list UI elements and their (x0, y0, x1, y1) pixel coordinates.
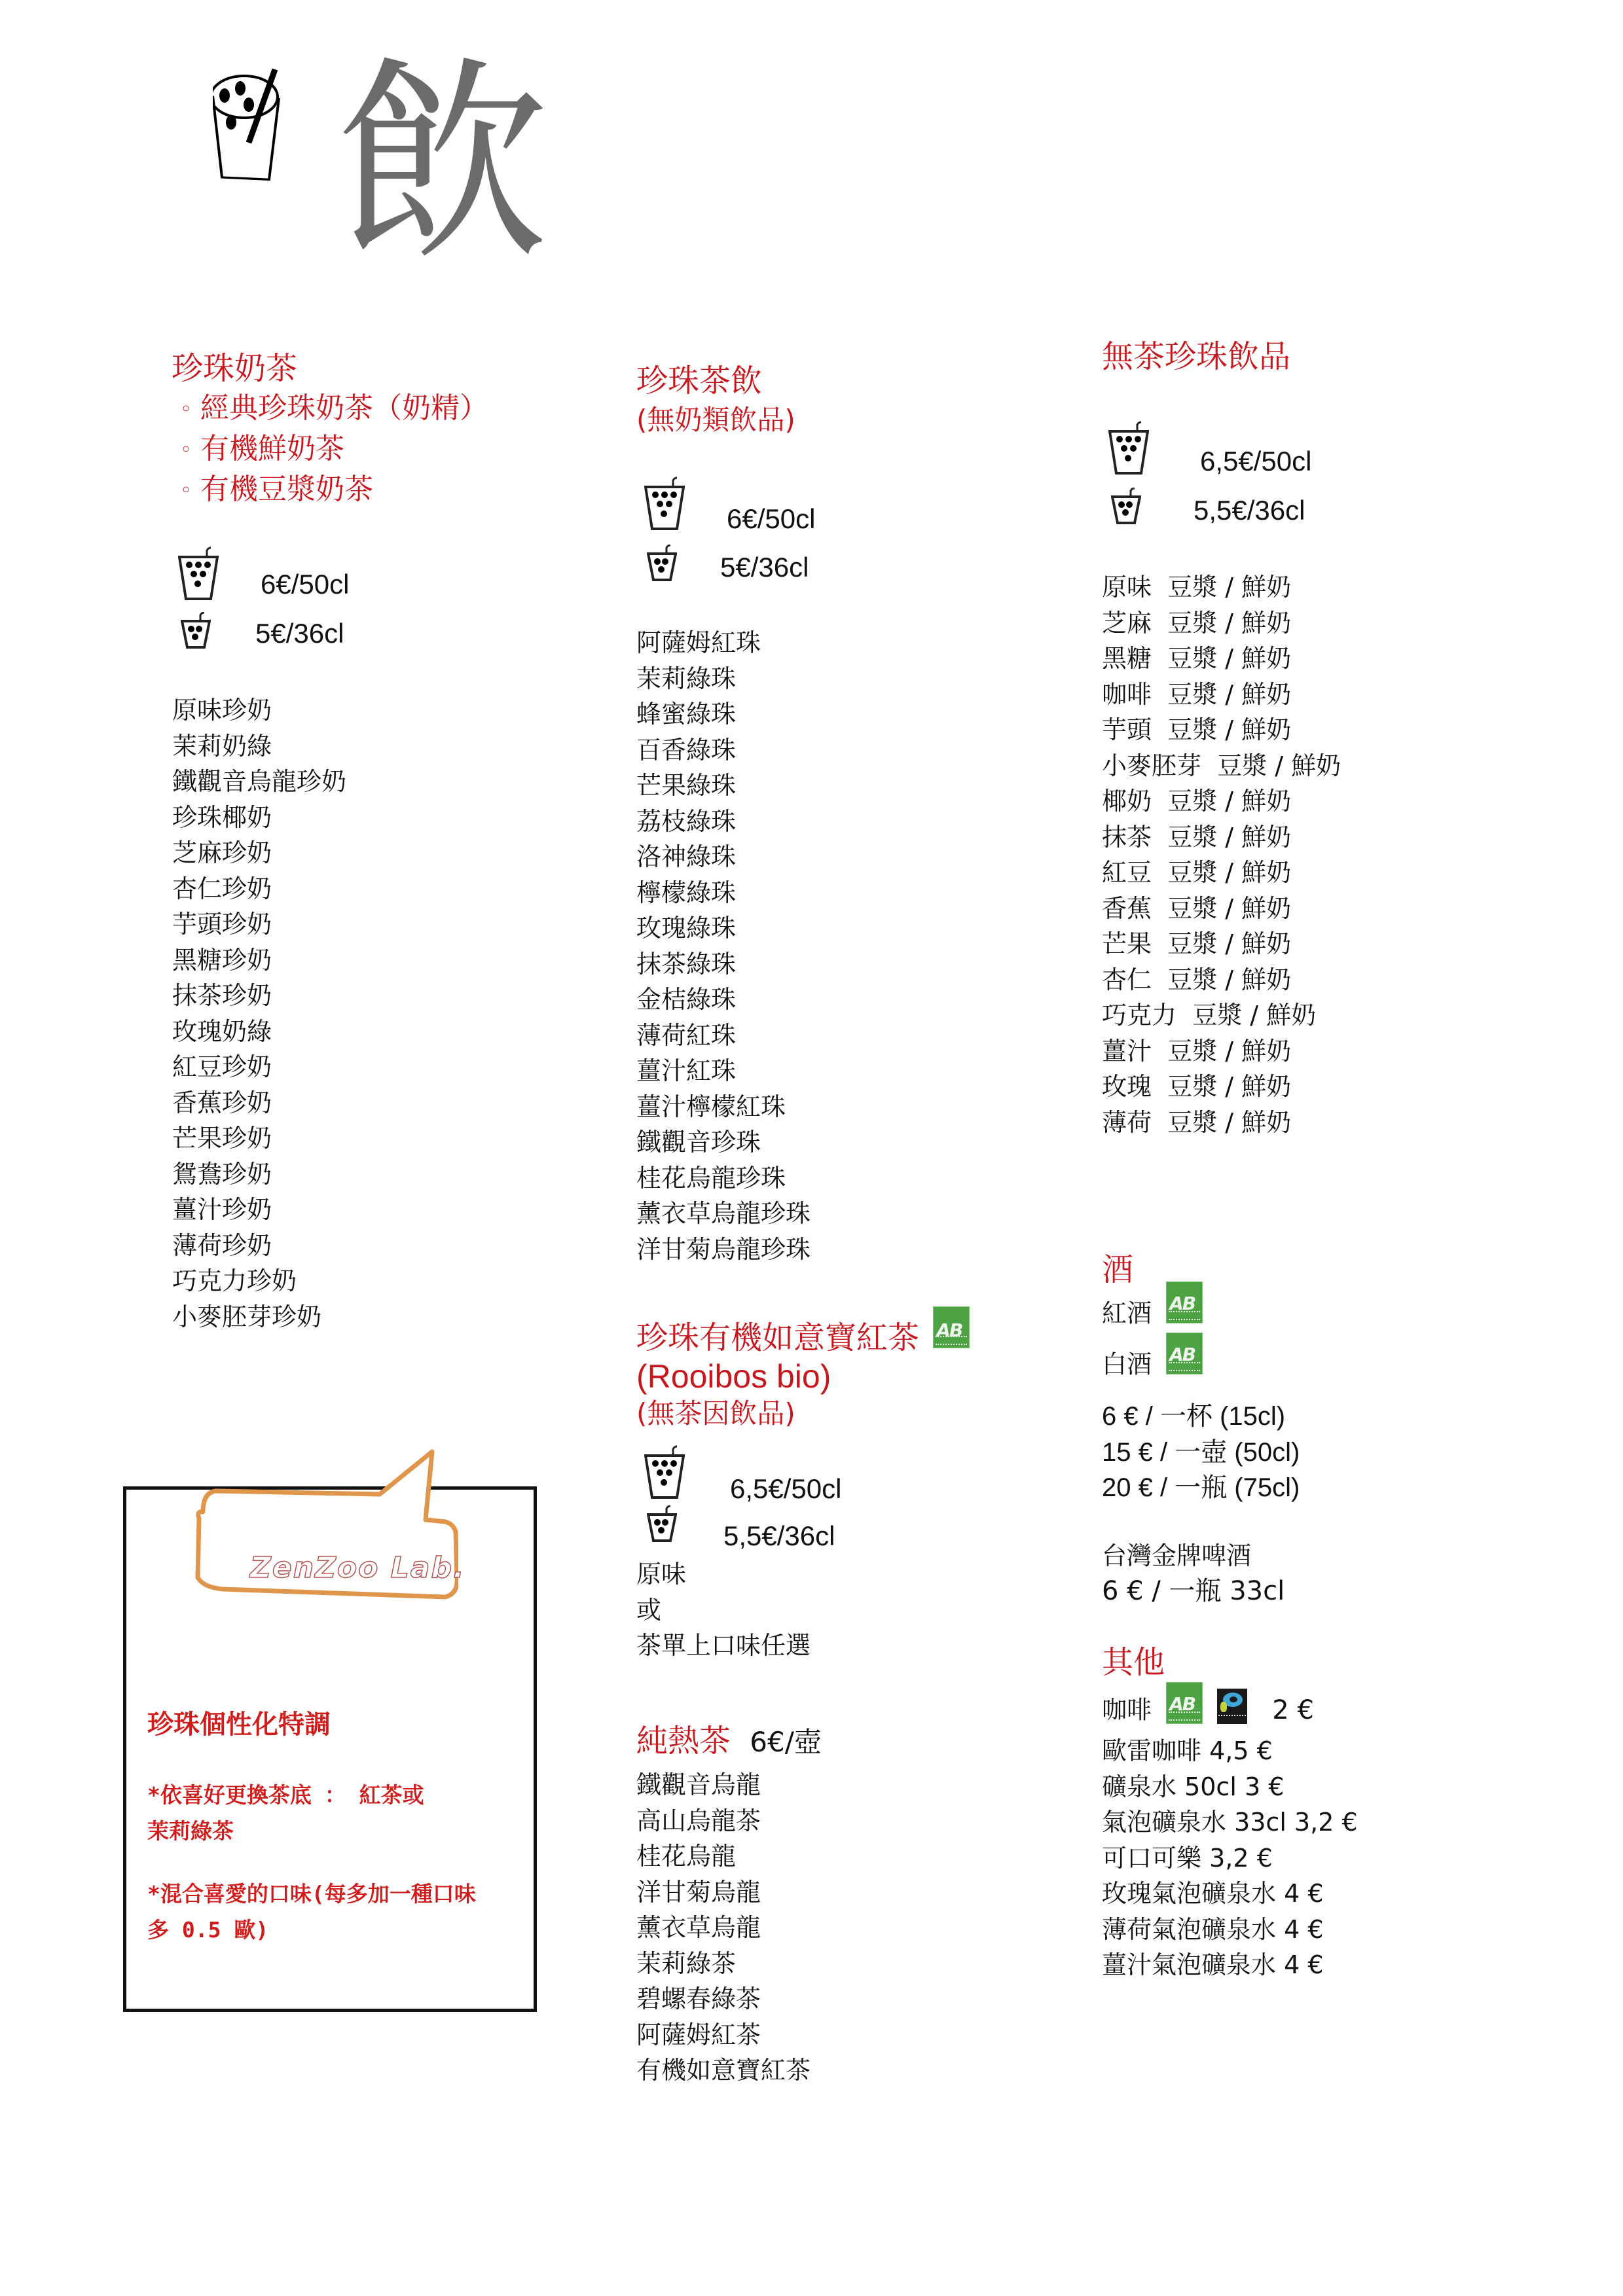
milk-tea-list: 原味珍奶 茉莉奶綠 鐵觀音烏龍珍奶 珍珠椰奶 芝麻珍奶 杏仁珍奶 芋頭珍奶 黑糖… (172, 692, 346, 1335)
list-item: 香蕉 豆漿 / 鮮奶 (1102, 891, 1341, 927)
list-item: 椰奶 豆漿 / 鮮奶 (1102, 783, 1341, 819)
list-item: 原味 (636, 1556, 811, 1592)
list-item: 紅豆珍奶 (172, 1049, 346, 1085)
price-large: 6€/50cl (261, 568, 349, 601)
list-item: 薰衣草烏龍 (636, 1910, 811, 1946)
list-item: 咖啡 豆漿 / 鮮奶 (1102, 677, 1341, 713)
list-item: 黑糖珍奶 (172, 942, 346, 978)
base-option: ◦有機豆漿奶茶 (172, 470, 488, 511)
list-item: 芒果 豆漿 / 鮮奶 (1102, 926, 1341, 962)
list-item: 原味 豆漿 / 鮮奶 (1102, 569, 1341, 605)
tea-list: 阿薩姆紅珠 茉莉綠珠 蜂蜜綠珠 百香綠珠 芒果綠珠 荔枝綠珠 洛神綠珠 檸檬綠珠… (636, 625, 811, 1267)
logo-cup (213, 65, 298, 186)
list-item: 杏仁 豆漿 / 鮮奶 (1102, 962, 1341, 998)
large-cup-icon (644, 1445, 685, 1499)
price-small: 5€/36cl (255, 617, 344, 650)
list-item: 桂花烏龍珍珠 (636, 1160, 811, 1196)
list-item: 抹茶 豆漿 / 鮮奶 (1102, 819, 1341, 855)
list-item: 茉莉奶綠 (172, 728, 346, 764)
list-item: 芒果綠珠 (636, 768, 811, 804)
list-item: 桂花烏龍 (636, 1839, 811, 1874)
list-item: 薰衣草烏龍珍珠 (636, 1196, 811, 1232)
section-title-tea: 珍珠茶飲 (636, 361, 762, 401)
red-wine: 紅酒 AB (1102, 1289, 1203, 1331)
base-option: ◦經典珍珠奶茶（奶精） (172, 389, 488, 429)
price-small: 5€/36cl (720, 551, 809, 584)
list-item: 檸檬綠珠 (636, 875, 811, 911)
white-wine: 白酒 AB (1102, 1340, 1203, 1382)
list-item: 蜂蜜綠珠 (636, 696, 811, 732)
list-item: 百香綠珠 (636, 732, 811, 768)
list-item: 薄荷珍奶 (172, 1228, 346, 1264)
coffee-price: 2 € (1272, 1695, 1314, 1725)
list-item: 黑糖 豆漿 / 鮮奶 (1102, 641, 1341, 677)
list-item: 芝麻珍奶 (172, 835, 346, 871)
list-item: 薄荷 豆漿 / 鮮奶 (1102, 1105, 1341, 1141)
small-cup-icon (181, 612, 211, 649)
hot-tea-list: 鐵觀音烏龍 高山烏龍茶 桂花烏龍 洋甘菊烏龍 薰衣草烏龍 茉莉綠茶 碧螺春綠茶 … (636, 1767, 811, 2089)
list-item: 阿薩姆紅珠 (636, 625, 811, 661)
price-large: 6€/50cl (727, 503, 815, 535)
small-cup-icon (647, 1505, 677, 1542)
list-item: 香蕉珍奶 (172, 1085, 346, 1121)
list-item: 巧克力 豆漿 / 鮮奶 (1102, 997, 1341, 1033)
wine-price: 6 € / 一杯 (15cl) (1102, 1399, 1300, 1435)
list-item: 芋頭珍奶 (172, 906, 346, 942)
list-item: 有機如意寶紅茶 (636, 2053, 811, 2089)
list-item: 薑汁 豆漿 / 鮮奶 (1102, 1033, 1341, 1069)
list-item: 鐵觀音烏龍珍奶 (172, 764, 346, 800)
list-item: 芒果珍奶 (172, 1121, 346, 1157)
list-item: 鐵觀音烏龍 (636, 1767, 811, 1803)
large-cup-icon (644, 476, 685, 530)
list-item: 小麥胚芽 豆漿 / 鮮奶 (1102, 748, 1341, 784)
list-item: 抹茶珍奶 (172, 978, 346, 1014)
list-item: 或 (636, 1592, 811, 1628)
list-item: 玫瑰綠珠 (636, 910, 811, 946)
list-item: 金桔綠珠 (636, 982, 811, 1018)
list-item: 原味珍奶 (172, 692, 346, 728)
list-item: 茉莉綠珠 (636, 661, 811, 697)
section-title-hot-tea: 純熱茶 6€/壺 (636, 1721, 822, 1762)
custom-title: 珍珠個性化特調 (147, 1708, 331, 1741)
list-item: 可口可樂 3,2 € (1102, 1840, 1358, 1876)
section-title-wine: 酒 (1102, 1250, 1133, 1289)
list-item: 茉莉綠茶 (636, 1946, 811, 1982)
list-item: 杏仁珍奶 (172, 871, 346, 907)
bubble-label: ZenZoo Lab. (250, 1551, 465, 1585)
list-item: 抹茶綠珠 (636, 946, 811, 982)
list-item: 薑汁珍奶 (172, 1192, 346, 1228)
other-list: 歐雷咖啡 4,5 € 礦泉水 50cl 3 € 氣泡礦泉水 33cl 3,2 €… (1102, 1733, 1358, 1983)
wine-price: 20 € / 一瓶 (75cl) (1102, 1470, 1300, 1506)
speech-bubble-icon (183, 1446, 458, 1630)
list-item: 洛神綠珠 (636, 839, 811, 875)
section-title-rooibos-en: (Rooibos bio) (636, 1356, 831, 1397)
custom-note-tea-base: *依喜好更換茶底 ： 紅茶或 茉莉綠茶 (147, 1777, 534, 1849)
list-item: 玫瑰氣泡礦泉水 4 € (1102, 1876, 1358, 1912)
price-small: 5,5€/36cl (1194, 494, 1305, 527)
small-cup-icon (1111, 488, 1141, 524)
milk-tea-bases: ◦經典珍珠奶茶（奶精） ◦有機鮮奶茶 ◦有機豆漿奶茶 (172, 389, 488, 511)
price-large: 6,5€/50cl (1200, 445, 1311, 478)
coffee-item: 咖啡 AB 2 € (1102, 1686, 1314, 1728)
list-item: 薑汁紅珠 (636, 1053, 811, 1089)
list-item: 洋甘菊烏龍珍珠 (636, 1232, 811, 1268)
price-large: 6,5€/50cl (730, 1473, 841, 1505)
section-title-rooibos: 珍珠有機如意寶紅茶 AB (636, 1316, 970, 1357)
list-item: 氣泡礦泉水 33cl 3,2 € (1102, 1804, 1358, 1840)
small-cup-icon (647, 545, 677, 581)
list-item: 鴛鴦珍奶 (172, 1157, 346, 1193)
list-item: 歐雷咖啡 4,5 € (1102, 1733, 1358, 1769)
organic-ab-icon: AB (1166, 1282, 1203, 1323)
list-item: 芝麻 豆漿 / 鮮奶 (1102, 605, 1341, 641)
list-item: 小麥胚芽珍奶 (172, 1299, 346, 1335)
section-subtitle-rooibos: (無茶因飲品) (636, 1395, 795, 1432)
list-item: 高山烏龍茶 (636, 1803, 811, 1839)
list-item: 珍珠椰奶 (172, 800, 346, 836)
list-item: 薄荷氣泡礦泉水 4 € (1102, 1912, 1358, 1948)
list-item: 荔枝綠珠 (636, 804, 811, 840)
organic-ab-icon: AB (1166, 1682, 1203, 1724)
list-item: 芋頭 豆漿 / 鮮奶 (1102, 712, 1341, 748)
list-item: 茶單上口味任選 (636, 1628, 811, 1664)
section-title-other: 其他 (1102, 1643, 1165, 1682)
fairtrade-icon (1217, 1689, 1247, 1724)
list-item: 洋甘菊烏龍 (636, 1874, 811, 1910)
organic-ab-icon: AB (1166, 1333, 1203, 1374)
section-title-milk-tea: 珍珠奶茶 (172, 349, 297, 388)
list-item: 碧螺春綠茶 (636, 1981, 811, 2017)
custom-note-mix-flavors: *混合喜愛的口味(每多加一種口味 多 0.5 歐) (147, 1876, 534, 1948)
wine-price: 15 € / 一壺 (50cl) (1102, 1435, 1300, 1471)
list-item: 鐵觀音珍珠 (636, 1124, 811, 1160)
rooibos-list: 原味 或 茶單上口味任選 (636, 1556, 811, 1664)
list-item: 玫瑰 豆漿 / 鮮奶 (1102, 1069, 1341, 1105)
price-small: 5,5€/36cl (723, 1520, 835, 1552)
list-item: 紅豆 豆漿 / 鮮奶 (1102, 855, 1341, 891)
list-item: 薑汁氣泡礦泉水 4 € (1102, 1947, 1358, 1983)
list-item: 玫瑰奶綠 (172, 1014, 346, 1050)
beer-name: 台灣金牌啤酒 (1102, 1538, 1251, 1574)
list-item: 阿薩姆紅茶 (636, 2017, 811, 2053)
wine-prices: 6 € / 一杯 (15cl) 15 € / 一壺 (50cl) 20 € / … (1102, 1399, 1300, 1506)
no-tea-list: 原味 豆漿 / 鮮奶 芝麻 豆漿 / 鮮奶 黑糖 豆漿 / 鮮奶 咖啡 豆漿 /… (1102, 569, 1341, 1140)
list-item: 薄荷紅珠 (636, 1018, 811, 1054)
organic-ab-icon: AB (933, 1306, 970, 1348)
bubble-tea-cup-icon (213, 65, 298, 183)
page-title: 飲 (335, 39, 551, 288)
beer-price: 6 € / 一瓶 33cl (1102, 1573, 1285, 1609)
section-title-no-tea: 無茶珍珠飲品 (1102, 337, 1290, 376)
base-option: ◦有機鮮奶茶 (172, 429, 488, 470)
large-cup-icon (1108, 421, 1149, 475)
list-item: 薑汁檸檬紅珠 (636, 1089, 811, 1125)
list-item: 礦泉水 50cl 3 € (1102, 1769, 1358, 1805)
hot-tea-price: 6€/壺 (750, 1726, 822, 1758)
large-cup-icon (178, 547, 219, 600)
list-item: 巧克力珍奶 (172, 1263, 346, 1299)
section-subtitle-tea: (無奶類飲品) (636, 402, 795, 439)
